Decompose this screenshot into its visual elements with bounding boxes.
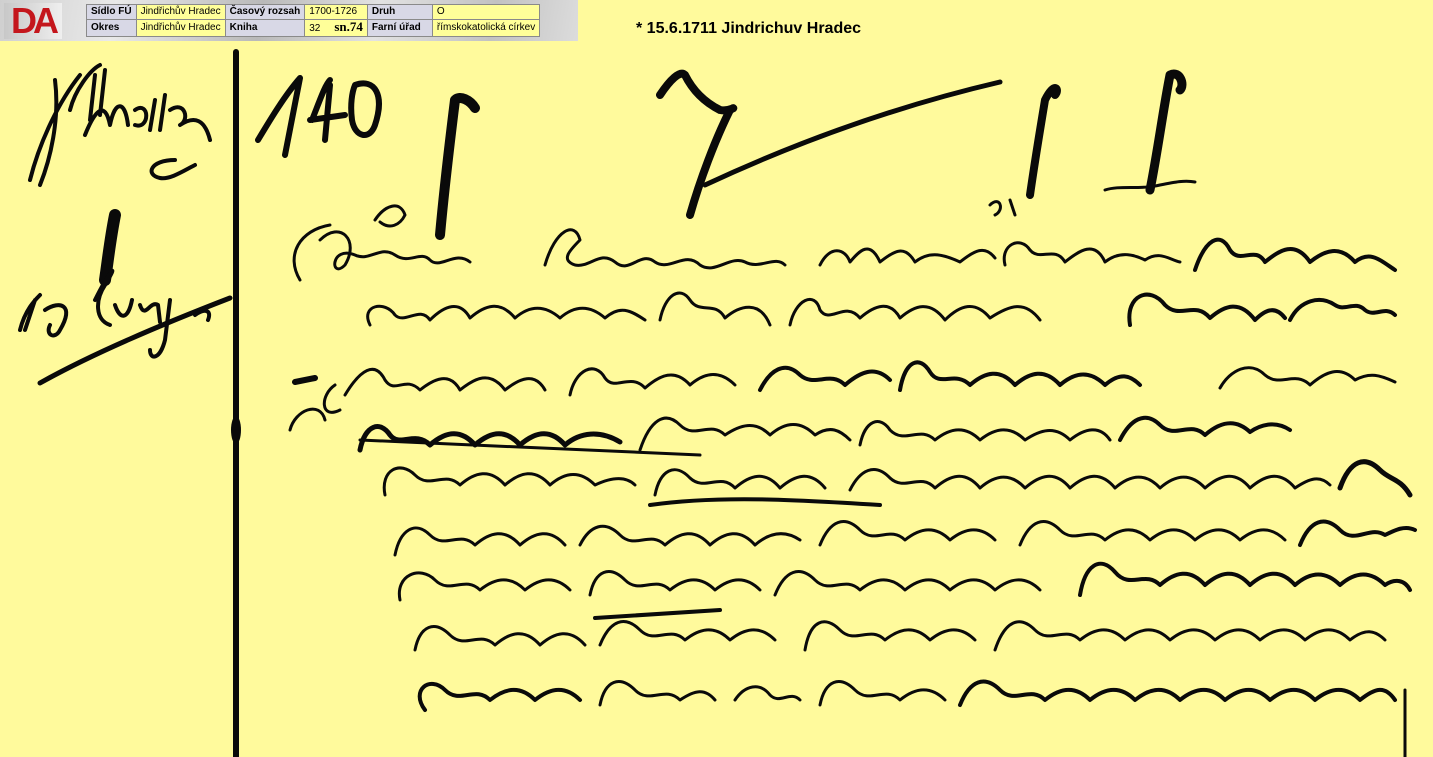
page-number-script: [258, 78, 379, 155]
book-number: 32: [309, 23, 320, 34]
body-line-2-script: [368, 293, 1395, 325]
book-signature: sn.74: [334, 19, 363, 34]
label-district: Okres: [87, 20, 137, 37]
label-parish-office: Farní úřad: [367, 20, 432, 37]
label-time-range: Časový rozsah: [225, 5, 305, 20]
value-parish-office: římskokatolická církev: [432, 20, 539, 37]
info-row: Okres Jindřichův Hradec Kniha 32sn.74 Fa…: [87, 20, 540, 37]
logo-text: DA: [11, 3, 55, 39]
archive-logo[interactable]: DA: [4, 3, 62, 39]
body-line-4-script: [290, 409, 1290, 455]
body-line-9-script: [420, 682, 1405, 757]
label-book: Kniha: [225, 20, 305, 37]
record-title: * 15.6.1711 Jindrichuv Hradec: [636, 20, 861, 38]
body-line-5-script: [384, 462, 1410, 505]
scanned-register-page[interactable]: [0, 41, 1433, 757]
body-line-1-script: [294, 225, 1395, 280]
value-book: 32sn.74: [305, 20, 368, 37]
label-type: Druh: [367, 5, 432, 20]
value-time-range: 1700-1726: [305, 5, 368, 20]
body-line-3-script: [295, 362, 1395, 412]
handwriting-image: [0, 41, 1433, 757]
body-line-7-script: [399, 564, 1410, 618]
margin-name-script: [30, 65, 210, 185]
label-parish-seat: Sídlo FÚ: [87, 5, 137, 20]
body-line-8-script: [415, 622, 1385, 650]
body-line-6-script: [395, 522, 1415, 555]
margin-date-script: [20, 215, 230, 383]
archive-header-bar: DA Sídlo FÚ Jindřichův Hradec Časový roz…: [0, 0, 578, 41]
value-parish-seat: Jindřichův Hradec: [136, 5, 225, 20]
info-row: Sídlo FÚ Jindřichův Hradec Časový rozsah…: [87, 5, 540, 20]
value-district: Jindřichův Hradec: [136, 20, 225, 37]
heading-script: [375, 74, 1195, 235]
value-type: O: [432, 5, 539, 20]
register-info-table: Sídlo FÚ Jindřichův Hradec Časový rozsah…: [86, 4, 540, 37]
